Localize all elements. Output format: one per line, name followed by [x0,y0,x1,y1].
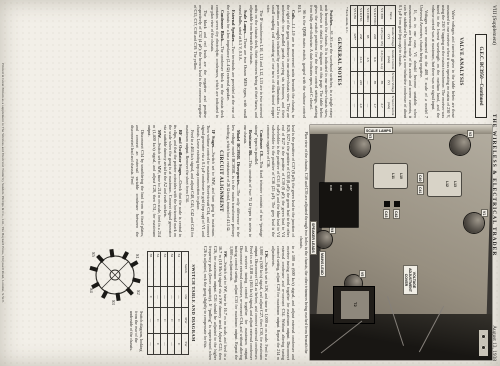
table-cell: C [154,333,161,355]
table-row: V5 U50325*——— [350,6,357,118]
switch-diagram-label-s1: S1 [135,254,140,259]
paragraph-lead: Scale Lamps.— [243,10,248,38]
table-cell: — [350,71,357,93]
switch-diagram-label-s2: S2 [136,290,141,295]
paragraph: RF and Oscillator Stages.—Check that the… [164,125,184,237]
photo-label-v5: V5 [359,270,366,278]
table-cell: — [161,286,168,308]
switch-diagram: S1 S2 S3 S4 S5 [88,246,144,308]
column-1: VALVE ANALYSIS Valve voltages and curren… [192,5,466,118]
photo-label-c37: C37 [349,185,353,191]
paragraph: Resistance R6.—This consists of two 75 Ω… [243,125,253,237]
photo-label-l13: L13 [453,172,457,196]
table-cell: S4 [154,251,161,286]
table-cell: — [364,71,371,93]
printer-imprint: Printed in Great Britain as a supplement… [2,0,6,366]
table-cell: C [147,286,154,308]
table-row: V4 KT6323833.02454.8 [357,6,364,118]
paragraph: MW.—Switch set to MW, tune to 214 m on s… [147,125,162,237]
table-cell: C [161,308,168,333]
paragraph: Switches.—S1–S5 are the waveband switche… [309,5,334,118]
table-cell: 245 (osc. 95) [378,26,385,48]
paragraph-lead: MW.— [157,130,162,143]
paragraph: External Speaker.—Two terminals are prov… [226,5,236,118]
switch-table-grid: SwitchLWMWSWS1—CCS2—C—S3—C—S4—CCS5C—— [147,251,189,356]
table-cell: 325* [350,26,357,48]
paragraph: IF Stages.—Switch set to MW, and turn ga… [197,125,217,237]
column-header: Valve [385,6,396,26]
valve-table: ValveAnode Voltage (V)Anode Current (mA)… [350,5,396,118]
column-header: Screen Voltage (V) [385,71,396,93]
header-row: ValveAnode Voltage (V)Anode Current (mA)… [385,6,396,118]
paragraph-lead: Coils.— [291,10,296,24]
photo-caption: Plan view of the chassis. C38 and C39 ar… [298,125,308,360]
paragraph: Disconnect C34 by unsoldering the lead f… [131,125,146,237]
column-3-paragraphs: in a 500 m (600 kc/s) signal, and adjust… [203,246,296,360]
socket-plate [479,330,488,356]
trimmer-hole-1 [394,201,400,207]
dial-front-strip [310,125,492,134]
paragraph: Model BC3950L Divergencies.—The only dif… [227,125,242,237]
column-header: Switch [182,251,189,286]
table-row: S5C—— [147,251,154,355]
column-header: Anode Current (mA) [385,48,396,72]
switch-table-heading: SWITCH TABLE AND DIAGRAM [191,246,196,360]
table-row: S1—CC [175,251,182,355]
paragraph: Scale Lamps.—These are two Osram MES typ… [238,5,248,118]
table-cell: C [168,308,175,333]
header-row: SwitchLWMWSW [182,251,189,355]
voltage-adjustment-cover-label: VOLTAGE ADJUSTMENT COVER [403,265,418,295]
table-cell: — [175,286,182,308]
paragraph-lead: Model BC3950L Divergencies.— [237,130,242,190]
table-cell: C [175,308,182,333]
table-cell: 85 [378,71,385,93]
paragraph: SW.—Switch set to SW, tune to 16.7 m on … [203,246,228,360]
table-cell: V4 KT63 [357,6,364,26]
valve-analysis-heading: VALVE ANALYSIS [458,5,463,118]
table-cell: — [350,48,357,72]
table-cell: 85 [371,71,378,93]
paragraph: Valve voltages and currents given in the… [431,5,456,118]
paragraph: The IF transformers L10, L11 and L12, L1… [249,5,264,118]
table-row: V2 KTW632456.6851.7 [371,6,378,118]
general-notes-paragraphs: Switches.—S1–S5 are the waveband switche… [193,5,334,118]
paragraph: LW.—Switch set to LW, and tune to 1,000 … [230,246,270,360]
table-cell: 88 [364,26,371,48]
photo-label-c41: C41 [417,185,424,195]
table-cell: 245 [371,26,378,48]
table-cell: S3 [161,251,168,286]
paragraph: If, as in our case, V1 should become uns… [398,5,418,118]
table-row: S2—C— [168,251,175,355]
table-cell: 4.8 [357,94,364,118]
photo-label-v4: V4 [329,226,336,234]
column-header: MW [182,308,189,333]
table-cell: 2.7 [378,94,385,118]
valve-table-footnote: * Each anode, A.C. [344,5,349,118]
paragraph-lead: Condenser Block.— [220,10,225,46]
photo-label-c39: C39 [329,185,333,191]
table-cell: 2.8 (osc. 3.4) [378,48,385,72]
photo-label-v2: V2 [467,130,474,138]
table-cell: V5 U50 [350,6,357,26]
switch-table: SwitchLWMWSWS1—CCS2—C—S3—C—S4—CCS5C—— [147,246,189,360]
paragraph-lead: Condenser C8.— [260,130,265,161]
photo-label-c42: C42 [393,209,400,219]
trimmer-hole-2 [384,201,390,207]
switch-diagram-caption: Switch diagram, looking from the rear of… [88,311,144,353]
paragraph-lead: SW.— [223,251,228,262]
table-cell: — [350,94,357,118]
photo-label-c40: C40 [417,173,424,183]
table-cell: — [147,308,154,333]
chassis-photo: V1 V2 V3 V4 V5 L13 L12 L10 L11 C40 C41 C… [310,125,492,360]
table-cell: 6.6 [371,48,378,72]
table-cell: — [147,333,154,355]
table-row: S3—C— [161,251,168,355]
paragraph: lead is the positive of C37 (8 µF); the … [266,125,296,237]
mains-lead-label: MAINS LEAD [319,251,326,277]
paragraph: in a 500 m (600 kc/s) signal, and adjust… [271,246,296,360]
table-row: S4—CC [154,251,161,355]
table-cell: V3 DH63 [364,6,371,26]
column-header: Anode Voltage (V) [385,26,396,48]
aerial-socket [482,334,487,339]
column-header: Screen Current (mA) [385,94,396,118]
table-cell: 1.7 [371,94,378,118]
table-cell: V2 KTW63 [371,6,378,26]
column-3: in a 500 m (600 kc/s) signal, and adjust… [88,246,296,360]
paragraph: Feed in a 465 kc/s signal, and adjust C4… [185,125,195,237]
table-cell: — [161,333,168,355]
column-header: SW [182,333,189,355]
condenser-block: C37 C38 C39 [320,183,358,227]
paragraph: S6 is the QMB mains switch, ganged with … [297,5,307,118]
photo-label-c38: C38 [339,185,343,191]
paragraph: Condenser C8.—This fixed trimmer consist… [255,125,265,237]
column-2: lead is the positive of C37 (8 µF); the … [129,125,296,237]
paragraph: The black and red leads are the negative… [193,5,208,118]
table-cell: — [364,94,371,118]
valve-analysis-paragraphs: Valve voltages and currents given in the… [398,5,456,118]
paragraph: Coils.—L1–L9 are in unscreened units ben… [266,5,296,118]
photo-label-l11: L11 [391,164,395,188]
table-row: V3 DH63883.5—— [364,6,371,118]
table-row: V1 X65245 (osc. 95)2.8 (osc. 3.4)852.7 [378,6,385,118]
table-cell: S1 [175,251,182,286]
paragraph-lead: IF Stages.— [212,130,217,152]
column-header: LW [182,286,189,308]
if-transformer-can-1: L13 L12 [427,171,462,197]
circuit-alignment-paragraphs: IF Stages.—Switch set to MW, and turn ga… [131,125,217,237]
if-transformer-can-2: L10 L11 [373,163,408,189]
switch-diagram-label-s4: S4 [89,288,94,294]
paragraph-lead: Resistance R6.— [248,130,253,160]
general-notes-heading: GENERAL NOTES [336,5,341,118]
model-title-box: G.E.C. BC3950—Continued [475,34,487,118]
table-cell: S5 [147,251,154,286]
scanned-page: VIII (Supplement) THE WIRELESS & ELECTRI… [0,0,500,366]
photo-label-c43: C43 [383,209,390,219]
mains-transformer: T2 [334,287,374,323]
switch-diagram-label-s5: S5 [91,252,96,258]
column-2-paragraphs: lead is the positive of C37 (8 µF); the … [227,125,297,237]
earth-socket [482,345,487,350]
table-cell: 245 [357,71,364,93]
valve-table-grid: ValveAnode Voltage (V)Anode Current (mA)… [350,5,396,118]
paragraph-lead: RF and Oscillator Stages.— [179,130,184,180]
table-cell: 238 [357,26,364,48]
table-cell: 3.5 [364,48,371,72]
table-cell: V1 X65 [378,6,385,26]
table-cell: — [154,286,161,308]
paragraph-lead: LW.— [265,251,270,262]
circuit-alignment-heading: CIRCUIT ALIGNMENT [219,125,224,237]
table-cell: C [154,308,161,333]
paragraph: Condenser Block.—The condenser block on … [210,5,225,118]
paragraph-lead: Switches.— [329,10,334,31]
page-number: VIII (Supplement) [491,5,497,45]
paragraph: Voltages were measured on the 400 V scal… [420,5,430,118]
table-cell: 33.0 [357,48,364,72]
photo-label-l10: L10 [399,164,403,188]
table-cell: — [168,286,175,308]
photo-label-l12: L12 [445,172,449,196]
table-cell: S2 [168,251,175,286]
table-cell: — [168,333,175,355]
speaker-leads-label: SPEAKER LEADS [310,221,317,255]
switch-diagram-area: S1 S2 S3 S4 S5 Switch diagram, looking f… [88,246,144,360]
switch-diagram-label-s3: S3 [111,300,116,306]
paragraph-lead: External Speaker.— [231,10,236,46]
scale-lamps-label: SCALE LAMPS [364,127,393,134]
magazine-page: VIII (Supplement) THE WIRELESS & ELECTRI… [0,0,500,366]
table-cell: C [175,333,182,355]
photo-label-v1: V1 [481,209,488,217]
photo-label-t2: T2 [353,302,358,307]
